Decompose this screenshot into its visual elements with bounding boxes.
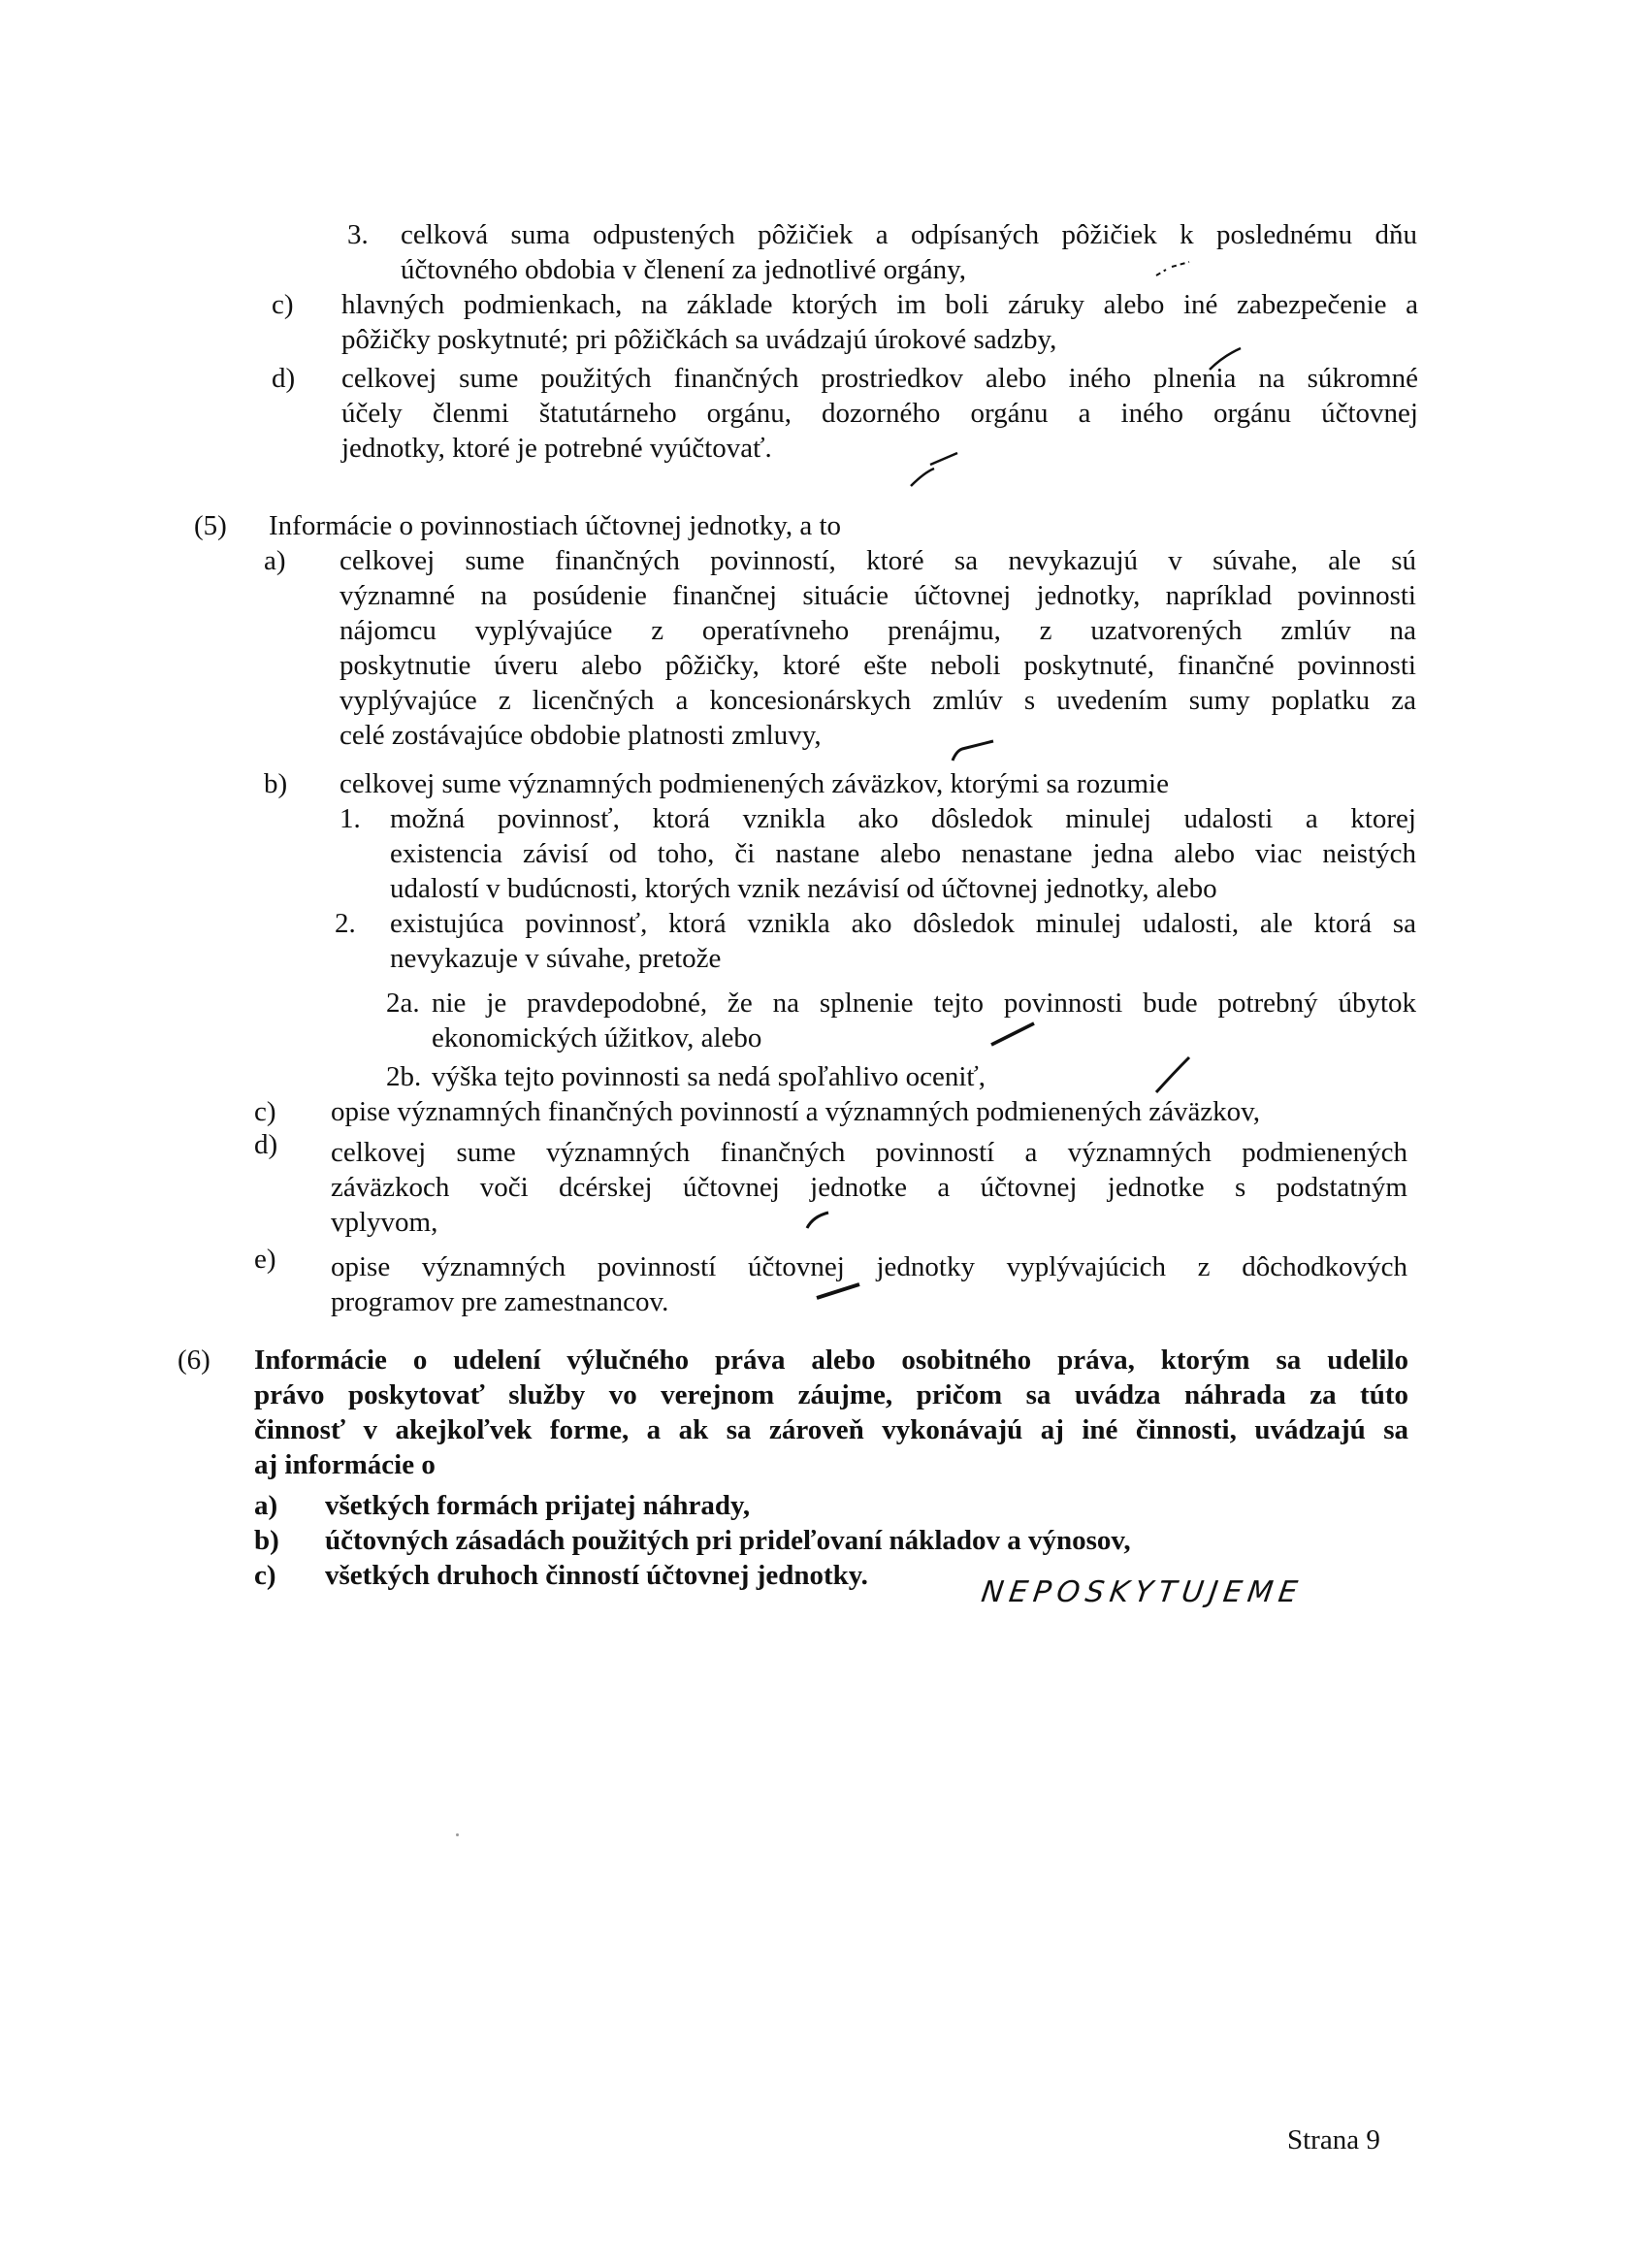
section-heading-line: právo poskytovať služby vo verejnom záuj…	[254, 1377, 1408, 1412]
list-marker: c)	[254, 1094, 276, 1129]
paragraph-line: výška tejto povinnosti sa nedá spoľahliv…	[432, 1059, 986, 1094]
paragraph-line: pôžičky poskytnuté; pri pôžičkách sa uvá…	[341, 322, 1056, 357]
list-number: 3.	[347, 217, 369, 252]
list-marker: e)	[254, 1242, 276, 1277]
paragraph-line: vyplývajúce z licenčných a koncesionársk…	[339, 683, 1416, 718]
scan-artifact	[456, 1833, 459, 1836]
page-number: Strana 9	[1287, 2124, 1380, 2156]
list-number: 2.	[335, 906, 356, 941]
paragraph-line: celkovej sume finančných povinností, kto…	[339, 543, 1416, 578]
section-number: (6)	[178, 1343, 210, 1377]
list-marker: a)	[264, 543, 286, 578]
paragraph-line: celé zostávajúce obdobie platnosti zmluv…	[339, 718, 822, 753]
checkmark-icon	[989, 1021, 1038, 1047]
checkmark-icon	[1154, 1055, 1193, 1094]
paragraph-line: celkovej sume významných finančných povi…	[331, 1135, 1407, 1170]
paragraph-line: nie je pravdepodobné, že na splnenie tej…	[432, 986, 1416, 1021]
paragraph-line: účtovného obdobia v členení za jednotliv…	[401, 252, 966, 287]
paragraph-line: celkovej sume významných podmienených zá…	[339, 766, 1169, 801]
checkmark-icon	[1154, 260, 1193, 279]
paragraph-line: celkovej sume použitých finančných prost…	[341, 361, 1418, 396]
checkmark-icon	[951, 739, 999, 762]
handwritten-note: NEPOSKYTUJEME	[980, 1575, 1306, 1609]
section-heading-line: činnosť v akejkoľvek forme, a ak sa záro…	[254, 1412, 1408, 1447]
paragraph-line: účtovných zásadách použitých pri prideľo…	[325, 1523, 1131, 1558]
paragraph-line: možná povinnosť, ktorá vznikla ako dôsle…	[390, 801, 1416, 836]
paragraph-line: udalostí v budúcnosti, ktorých vznik nez…	[390, 871, 1217, 906]
list-marker: d)	[254, 1127, 277, 1162]
paragraph-line: účely členmi štatutárneho orgánu, dozorn…	[341, 396, 1418, 431]
paragraph-line: opise významných finančných povinností a…	[331, 1094, 1260, 1129]
paragraph-line: vplyvom,	[331, 1205, 437, 1240]
list-number: 1.	[339, 801, 361, 836]
list-marker: d)	[272, 361, 295, 396]
list-marker: a)	[254, 1488, 277, 1523]
checkmark-icon	[1208, 344, 1246, 373]
checkmark-icon	[907, 451, 965, 490]
paragraph-line: všetkých druhoch činností účtovnej jedno…	[325, 1558, 868, 1593]
checkmark-icon	[815, 1280, 863, 1302]
paragraph-line: celková suma odpustených pôžičiek a odpí…	[401, 217, 1417, 252]
paragraph-line: jednotky, ktoré je potrebné vyúčtovať.	[341, 431, 772, 466]
section-number: (5)	[194, 508, 227, 543]
paragraph-line: všetkých formách prijatej náhrady,	[325, 1488, 750, 1523]
section-heading: Informácie o povinnostiach účtovnej jedn…	[269, 508, 841, 543]
list-marker: c)	[254, 1558, 276, 1593]
checkmark-icon	[805, 1209, 834, 1230]
paragraph-line: programov pre zamestnancov.	[331, 1284, 668, 1319]
section-heading-line: aj informácie o	[254, 1447, 436, 1482]
document-page: 3. celková suma odpustených pôžičiek a o…	[0, 0, 1649, 2268]
paragraph-line: opise významných povinností účtovnej jed…	[331, 1249, 1407, 1284]
section-heading-line: Informácie o udelení výlučného práva ale…	[254, 1343, 1408, 1377]
paragraph-line: nevykazuje v súvahe, pretože	[390, 941, 721, 976]
paragraph-line: hlavných podmienkach, na základe ktorých…	[341, 287, 1418, 322]
paragraph-line: existencia závisí od toho, či nastane al…	[390, 836, 1416, 871]
paragraph-line: záväzkoch voči dcérskej účtovnej jednotk…	[331, 1170, 1407, 1205]
paragraph-line: nájomcu vyplývajúce z operatívneho prená…	[339, 613, 1416, 648]
paragraph-line: ekonomických úžitkov, alebo	[432, 1021, 761, 1055]
list-number: 2b.	[386, 1059, 421, 1094]
list-marker: c)	[272, 287, 294, 322]
paragraph-line: existujúca povinnosť, ktorá vznikla ako …	[390, 906, 1416, 941]
list-marker: b)	[254, 1523, 279, 1558]
paragraph-line: poskytnutie úveru alebo pôžičky, ktoré e…	[339, 648, 1416, 683]
list-number: 2a.	[386, 986, 420, 1021]
paragraph-line: významné na posúdenie finančnej situácie…	[339, 578, 1416, 613]
list-marker: b)	[264, 766, 287, 801]
